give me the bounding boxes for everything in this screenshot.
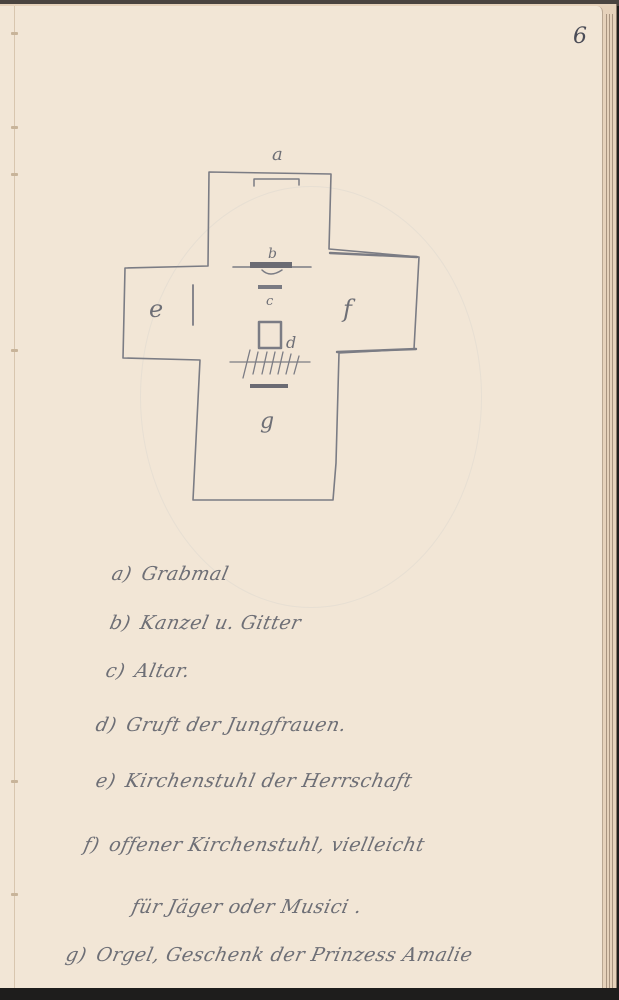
legend-item-f-continued: für Jäger oder Musici . [130,896,364,918]
legend-item-d: d)Gruft der Jungfrauen. [94,714,349,736]
legend-item-c: c)Altar. [104,660,193,682]
legend-item-b: b)Kanzel u. Gitter [108,612,304,634]
legend: a)Grabmal b)Kanzel u. Gitter c)Altar. d)… [0,0,619,1000]
legend-item-g: g)Orgel, Geschenk der Prinzess Amalie [64,944,475,966]
legend-item-e: e)Kirchenstuhl der Herrschaft [94,770,415,792]
scan-bottom-edge [0,988,619,1000]
legend-item-f: f)offener Kirchenstuhl, vielleicht [82,834,427,856]
legend-item-a: a)Grabmal [110,563,231,585]
